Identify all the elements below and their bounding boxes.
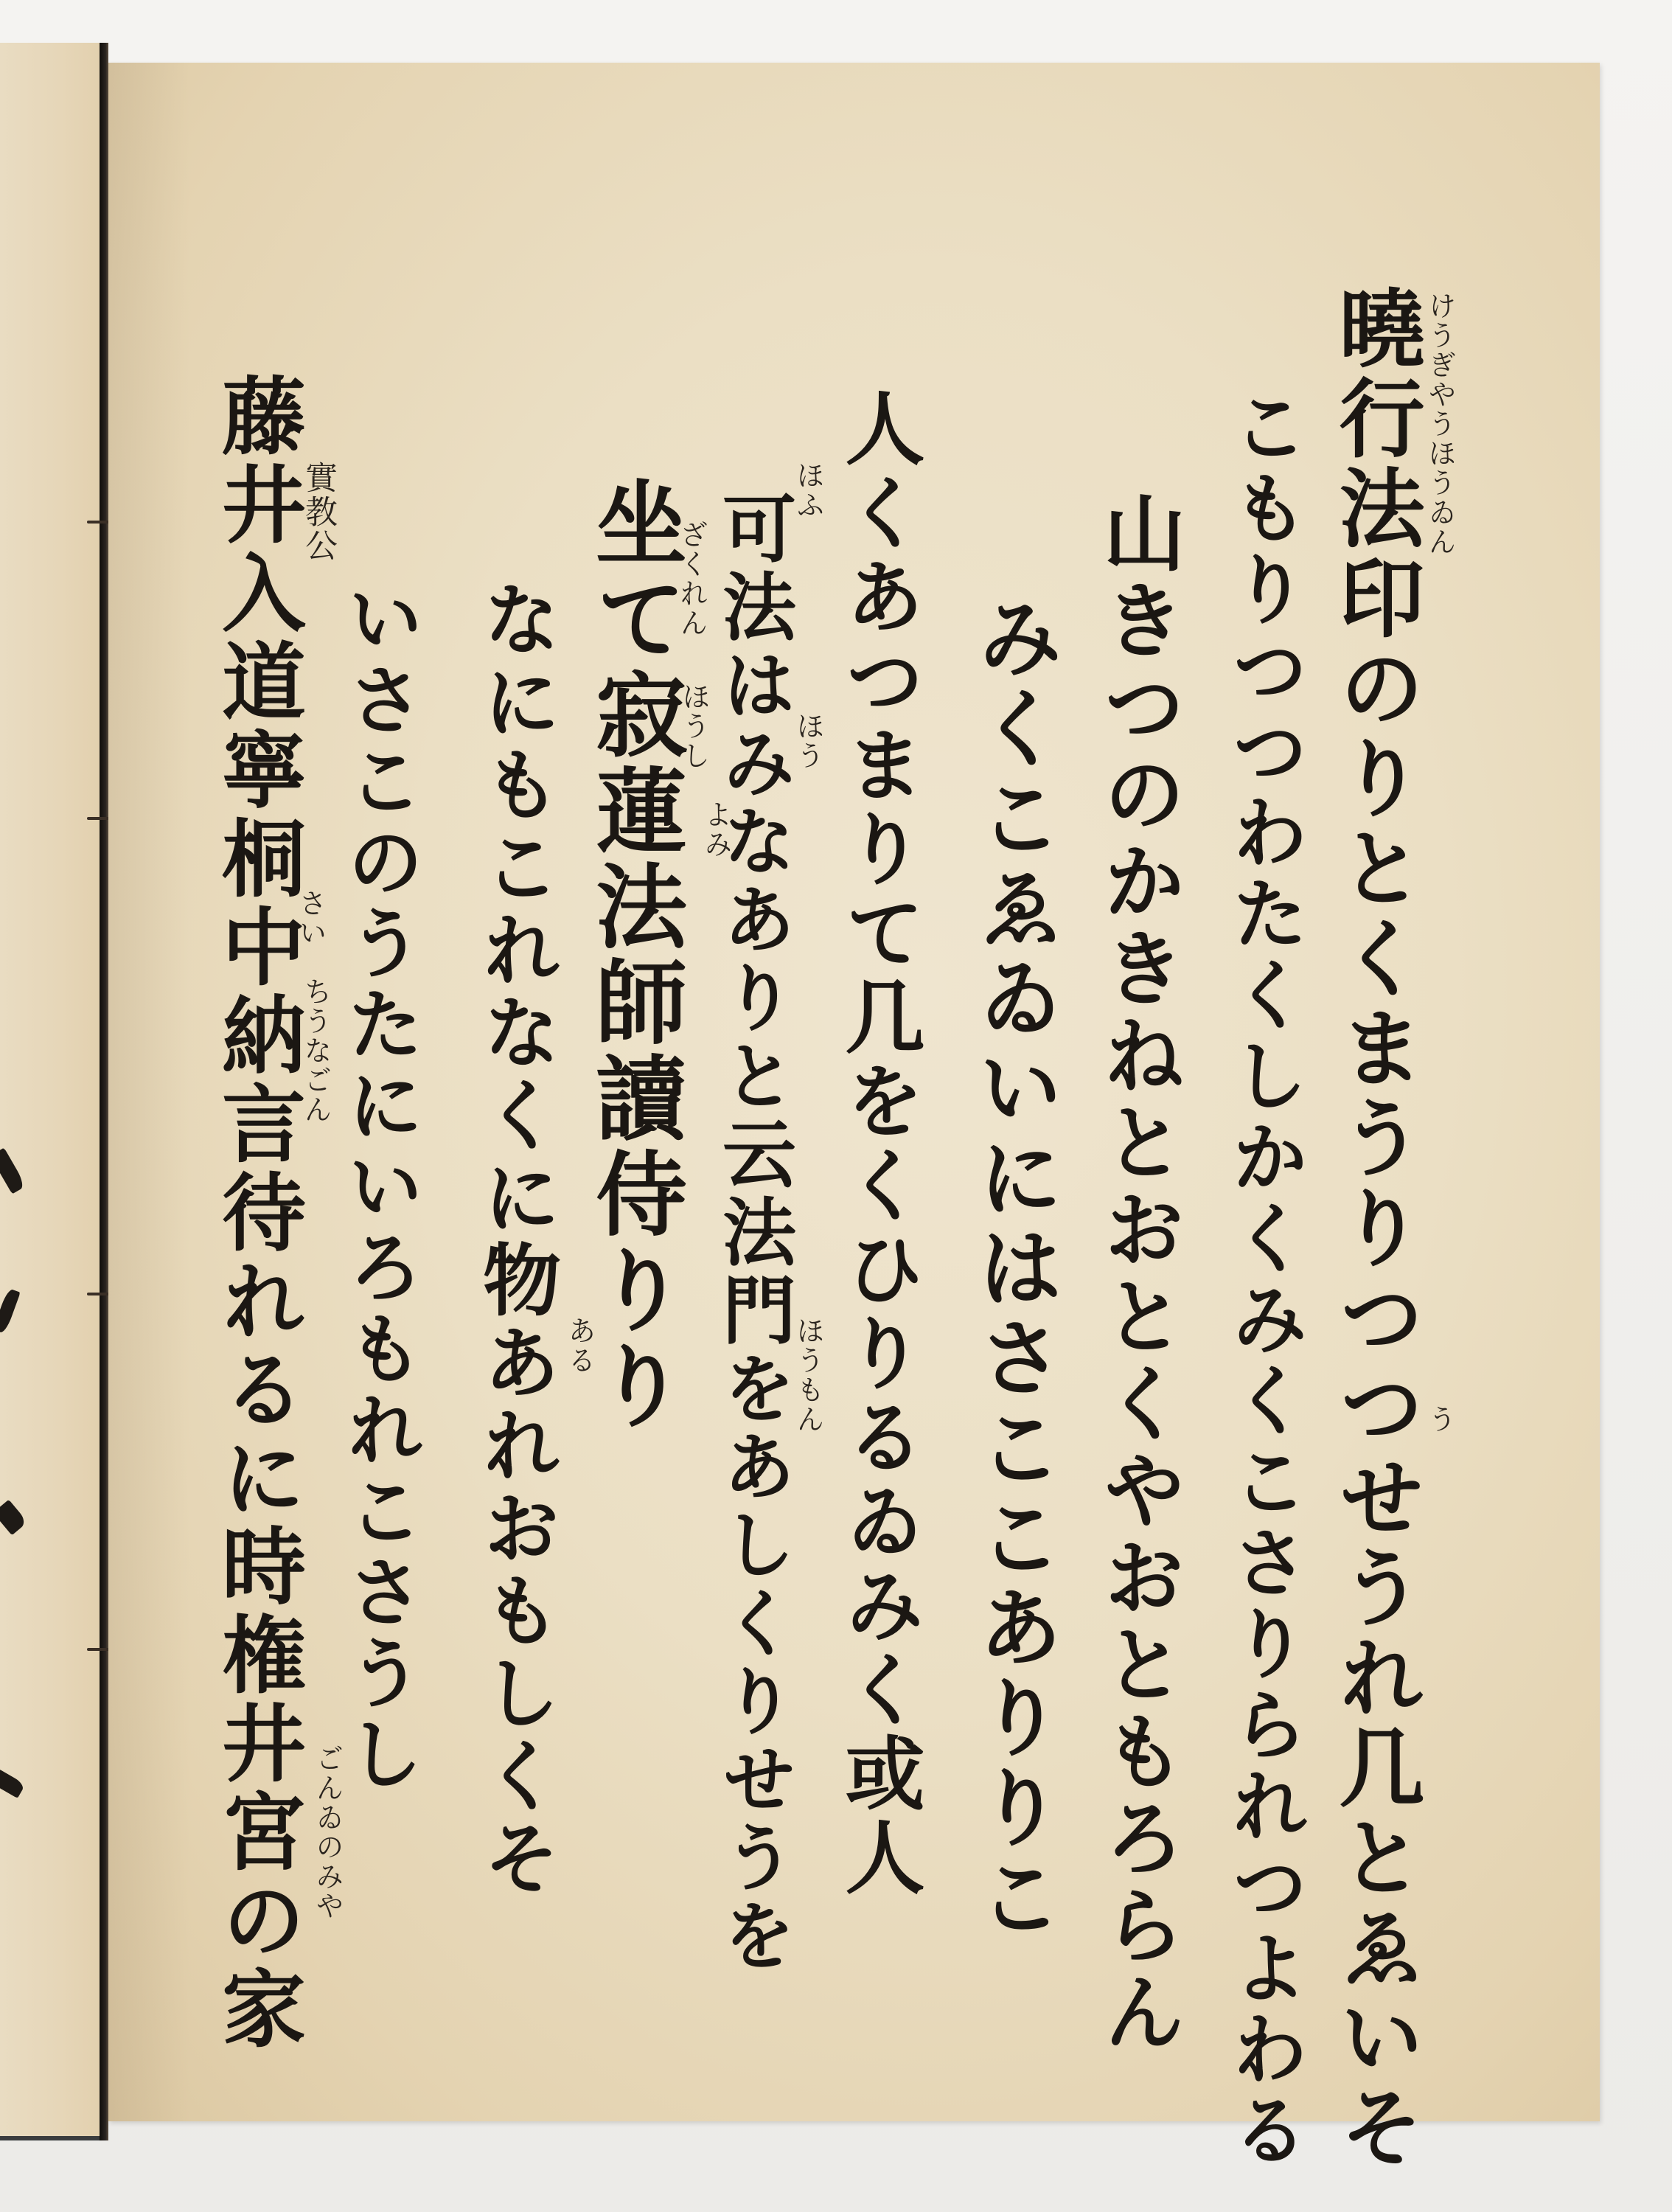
ruby-annotation: ほうし — [680, 682, 708, 771]
text-column-7: 坐て寂蓮法師讀侍りり — [588, 476, 679, 1434]
text-column-8: なにもこれなくに物あれおもしくそ — [477, 579, 555, 1900]
text-column-6: 可法はみなありと云法門をあしくりせうを — [717, 490, 790, 1975]
ruby-annotation: ある — [565, 1316, 593, 1375]
ruby-annotation: よみ — [702, 800, 730, 859]
ruby-annotation: けうぎやうほうゐん — [1426, 291, 1454, 557]
text-column-9: いさこのうたにいろもれこさうし — [341, 579, 417, 1795]
text-column-2: こもりつつわたくしかくみくこさりられつよわる — [1225, 387, 1302, 2171]
text-column-5: 人くあつまりて几をくひりるゐみく或人 — [838, 387, 918, 1900]
binding-gutter — [100, 43, 108, 2140]
text-column-4: みくこゑゐいにはさここありりこ — [971, 594, 1056, 1943]
left-page — [0, 43, 103, 2140]
text-column-10: 藤井入道寧桐中納言待れるに時権井宮の家 — [215, 372, 299, 2053]
ruby-annotation: ごんゐのみや — [313, 1744, 341, 1921]
ruby-annotation: ほう — [794, 712, 822, 771]
ruby-annotation: う — [1426, 1405, 1454, 1434]
ink-stroke-fragment — [0, 1288, 21, 1335]
ink-stroke-fragment — [0, 1500, 28, 1536]
ink-stroke-fragment — [0, 1148, 27, 1194]
text-column-1: 曉行法印のりとくまうりつつせうれ几とゑいそ — [1332, 284, 1418, 2173]
ruby-annotation: 實教公 — [302, 461, 334, 563]
ruby-annotation: ほふ — [794, 461, 822, 520]
ink-stroke-fragment — [0, 1769, 26, 1798]
gutter-shadow — [108, 63, 189, 2121]
ruby-annotation: ほうもん — [794, 1316, 822, 1434]
ruby-annotation: ちうなごん — [302, 977, 330, 1124]
right-page: 曉行法印のりとくまうりつつせうれ几とゑいそ けうぎやうほうゐん う こもりつつわ… — [108, 63, 1600, 2121]
text-column-3: 山きつのかきねとおとくやおともろらん — [1096, 490, 1179, 2056]
ruby-annotation: さい — [296, 888, 324, 947]
ruby-annotation: ざくれん — [677, 520, 706, 638]
